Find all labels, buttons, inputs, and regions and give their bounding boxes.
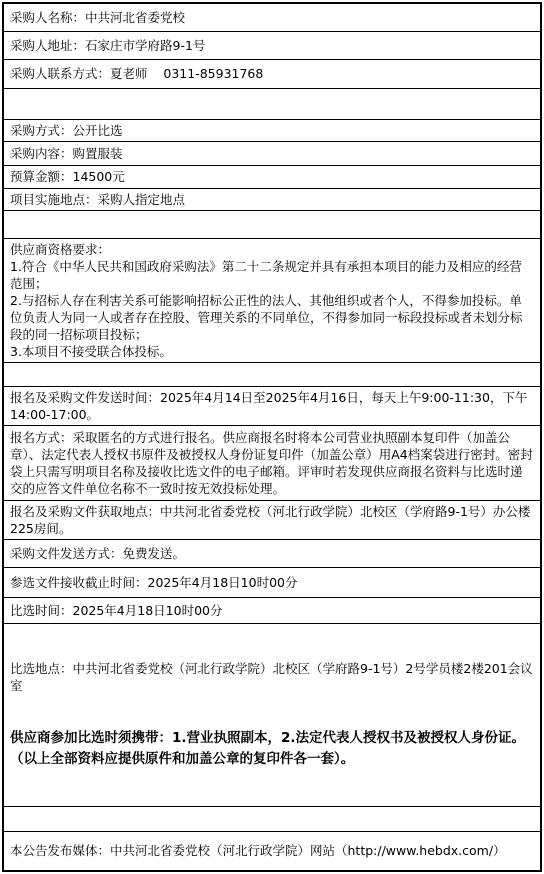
row-spacer-2 — [3, 210, 541, 238]
procurement-notice-table: 采购人名称：中共河北省委党校 采购人地址：石家庄市学府路9-1号 采购人联系方式… — [2, 2, 542, 872]
row-registration-method: 报名方式：采取匿名的方式进行报名。供应商报名时将本公司营业执照副本复印件（加盖公… — [3, 425, 541, 500]
row-procurement-content: 采购内容：购置服装 — [3, 141, 541, 165]
row-implementation-location: 项目实施地点：采购人指定地点 — [3, 188, 541, 210]
row-document-delivery-method: 采购文件发送方式：免费发送。 — [3, 539, 541, 567]
table-row: 采购人联系方式：夏老师 0311-85931768 — [3, 59, 541, 88]
row-procurement-method: 采购方式：公开比选 — [3, 119, 541, 141]
table-row: 采购文件发送方式：免费发送。 — [3, 539, 541, 567]
table-row: 比选时间：2025年4月18日10时00分 — [3, 597, 541, 623]
row-submission-deadline: 参选文件接收截止时间：2025年4月18日10时00分 — [3, 567, 541, 597]
row-document-pickup-location: 报名及采购文件获取地点：中共河北省委党校（河北行政学院）北校区（学府路9-1号）… — [3, 500, 541, 539]
row-spacer-4 — [3, 806, 541, 831]
row-supplier-qualifications: 供应商资格要求： 1.符合《中华人民共和国政府采购法》第二十二条规定并具有承担本… — [3, 238, 541, 362]
row-selection-time: 比选时间：2025年4月18日10时00分 — [3, 597, 541, 623]
table-row: 报名及采购文件获取地点：中共河北省委党校（河北行政学院）北校区（学府路9-1号）… — [3, 500, 541, 539]
table-row: 报名及采购文件发送时间：2025年4月14日至2025年4月16日，每天上午9:… — [3, 386, 541, 425]
selection-location-text: 比选地点：中共河北省委党校（河北行政学院）北校区（学府路9-1号）2号学员楼2楼… — [10, 660, 534, 694]
table-row: 采购人名称：中共河北省委党校 — [3, 3, 541, 31]
table-row: 采购人地址：石家庄市学府路9-1号 — [3, 31, 541, 59]
table-row: 采购内容：购置服装 — [3, 141, 541, 165]
table-row: 报名方式：采取匿名的方式进行报名。供应商报名时将本公司营业执照副本复印件（加盖公… — [3, 425, 541, 500]
table-row: 供应商资格要求： 1.符合《中华人民共和国政府采购法》第二十二条规定并具有承担本… — [3, 238, 541, 362]
row-selection-location: 比选地点：中共河北省委党校（河北行政学院）北校区（学府路9-1号）2号学员楼2楼… — [3, 623, 541, 806]
row-purchaser-address: 采购人地址：石家庄市学府路9-1号 — [3, 31, 541, 59]
table-row: 预算金额：14500元 — [3, 165, 541, 188]
table-row: 采购方式：公开比选 — [3, 119, 541, 141]
row-purchaser-contact: 采购人联系方式：夏老师 0311-85931768 — [3, 59, 541, 88]
row-announcement-media: 本公告发布媒体：中共河北省委党校（河北行政学院）网站（http://www.he… — [3, 831, 541, 871]
table-row — [3, 210, 541, 238]
row-budget-amount: 预算金额：14500元 — [3, 165, 541, 188]
table-row: 比选地点：中共河北省委党校（河北行政学院）北校区（学府路9-1号）2号学员楼2楼… — [3, 623, 541, 806]
selection-required-items-note: 供应商参加比选时须携带：1.营业执照副本，2.法定代表人授权书及被授权人身份证。… — [10, 728, 534, 770]
table-row: 项目实施地点：采购人指定地点 — [3, 188, 541, 210]
table-row: 本公告发布媒体：中共河北省委党校（河北行政学院）网站（http://www.he… — [3, 831, 541, 871]
row-registration-document-send-time: 报名及采购文件发送时间：2025年4月14日至2025年4月16日，每天上午9:… — [3, 386, 541, 425]
row-spacer-3 — [3, 362, 541, 386]
row-spacer-1 — [3, 88, 541, 119]
table-row — [3, 806, 541, 831]
table-row: 参选文件接收截止时间：2025年4月18日10时00分 — [3, 567, 541, 597]
row-purchaser-name: 采购人名称：中共河北省委党校 — [3, 3, 541, 31]
table-row — [3, 88, 541, 119]
table-row — [3, 362, 541, 386]
